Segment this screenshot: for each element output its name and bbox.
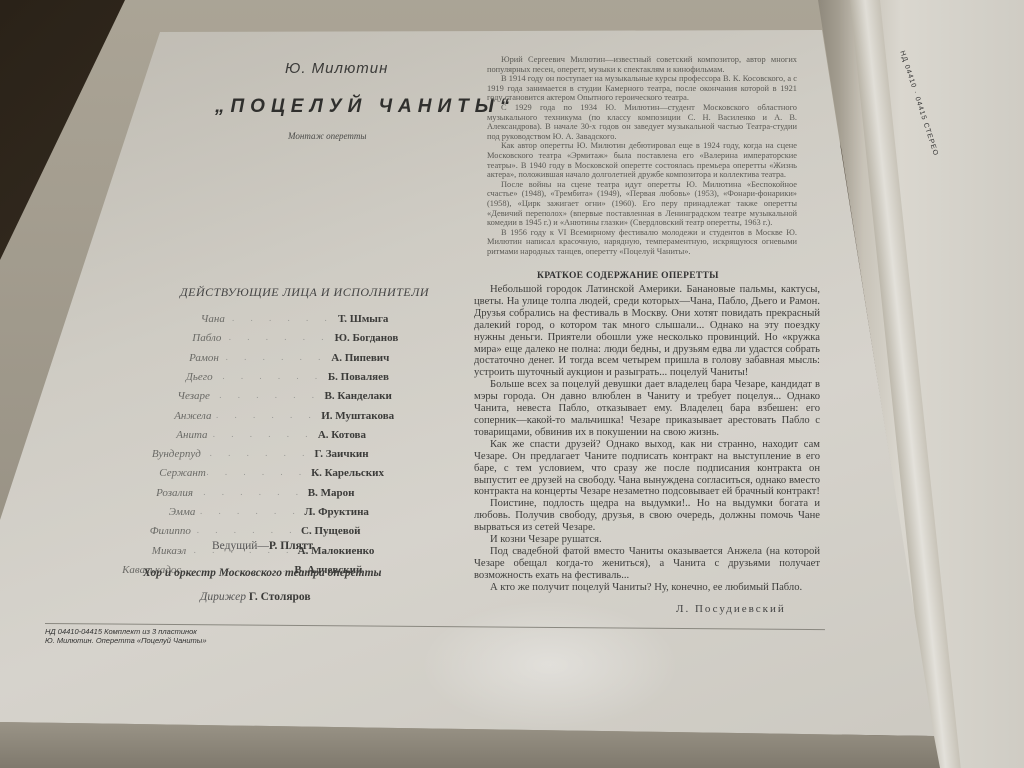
cast-row: Анжела. . . . . . . . .И. Муштакова xyxy=(0,410,1,426)
cast-row: Чезаре. . . . . . . . .В. Канделаки xyxy=(0,390,1,406)
cast-performer: В. Канделаки xyxy=(325,390,392,402)
cast-row: Филиппо. . . . . . . . .С. Пущевой xyxy=(0,525,1,541)
cast-row: Рамон. . . . . . . . .А. Пипевич xyxy=(0,352,1,368)
paragraph: Юрий Сергеевич Милютин—известный советск… xyxy=(487,55,797,74)
cast-row: Микаэл. . . . . . . . .А. Малокиенко xyxy=(0,545,1,561)
cast-performer: Б. Поваляев xyxy=(328,371,389,383)
catalog-line-1: НД 04410-04415 Комплект из 3 пластинок xyxy=(45,627,207,636)
cast-role: Розалия xyxy=(156,487,193,499)
cast-performer: А. Пипевич xyxy=(331,352,389,364)
album-subtitle: Монтаж оперетты xyxy=(288,131,367,141)
summary-heading: КРАТКОЕ СОДЕРЖАНИЕ ОПЕРЕТТЫ xyxy=(537,271,719,281)
paragraph: После войны на сцене театра идут оперетт… xyxy=(487,180,797,228)
paragraph: Как же спасти друзей? Однако выход, как … xyxy=(474,439,820,499)
cast-row: Эмма. . . . . . . . .Л. Фруктина xyxy=(0,506,1,522)
cast-performer: Ю. Богданов xyxy=(335,332,399,344)
cast-role: Эмма xyxy=(169,506,196,518)
paragraph: Поистине, подлость щедра на выдумки!.. Н… xyxy=(474,498,820,534)
paragraph: В 1956 году к VI Всемирному фестивалю мо… xyxy=(487,228,797,257)
cast-role: Чана xyxy=(201,313,225,325)
cast-performer: Т. Шмыга xyxy=(338,313,388,325)
cast-row: Чана. . . . . . . . .Т. Шмыга xyxy=(0,313,1,329)
cast-row: Сержант. . . . . . . . .К. Карельских xyxy=(0,467,1,483)
cast-row: Вундерпуд. . . . . . . . .Г. Заичкин xyxy=(0,448,1,464)
paragraph: Под свадебной фатой вместо Чаниты оказыв… xyxy=(474,546,820,582)
paragraph: Небольшой городок Латинской Америки. Бан… xyxy=(474,284,820,379)
cast-performer: К. Карельских xyxy=(311,467,384,479)
paragraph: И козни Чезаре рушатся. xyxy=(474,534,820,546)
cast-role: Анжела xyxy=(174,410,211,422)
cast-role: Рамон xyxy=(189,352,219,364)
cast-row: Анита. . . . . . . . .А. Котова xyxy=(0,429,1,445)
cast-performer: С. Пущевой xyxy=(301,525,360,537)
cast-role: Филиппо xyxy=(150,525,191,537)
paragraph: Как автор оперетты Ю. Милютин дебютирова… xyxy=(487,141,797,179)
paragraph: А кто же получит поцелуй Чаниты? Ну, кон… xyxy=(474,582,820,594)
cast-performer: Г. Заичкин xyxy=(314,448,368,460)
cast-role: Вундерпуд xyxy=(152,448,201,460)
cast-performer: И. Муштакова xyxy=(321,410,394,422)
cast-role: Анита xyxy=(176,429,207,441)
light-glare xyxy=(420,600,680,730)
conductor-name: Г. Столяров xyxy=(249,591,311,603)
cast-role: Дьего xyxy=(186,371,213,383)
presenter-name: Р. Плятт xyxy=(269,540,313,552)
conductor-label: Дирижер xyxy=(200,591,246,603)
album-title: „ПОЦЕЛУЙ ЧАНИТЫ“ xyxy=(215,96,515,118)
cast-row: Кавалькадос. . . . . . . . .В. Алчевский xyxy=(0,564,1,580)
catalog-line-2: Ю. Милютин. Оперетта «Поцелуй Чаниты» xyxy=(45,636,207,645)
cast-row: Розалия. . . . . . . . .В. Марон xyxy=(0,487,1,503)
cast-performer: В. Марон xyxy=(308,487,355,499)
cast-role: Пабло xyxy=(192,332,221,344)
cast-performer: А. Котова xyxy=(318,429,366,441)
conductor-credit: Дирижер Г. Столяров xyxy=(200,591,311,603)
cast-role: Чезаре xyxy=(177,390,210,402)
catalog-info: НД 04410-04415 Комплект из 3 пластинок Ю… xyxy=(45,627,207,645)
paragraph: С 1929 года по 1934 Ю. Милютин—студент М… xyxy=(487,103,797,141)
composer-biography: Юрий Сергеевич Милютин—известный советск… xyxy=(487,55,797,256)
paragraph: Больше всех за поцелуй девушки дает влад… xyxy=(474,379,820,439)
cast-role: Сержант xyxy=(159,467,206,479)
cast-row: Дьего. . . . . . . . .Б. Поваляев xyxy=(0,371,1,387)
presenter-credit: Ведущий—Р. Плятт xyxy=(212,540,313,552)
cast-performer: Л. Фруктина xyxy=(304,506,369,518)
cast-row: Пабло. . . . . . . . .Ю. Богданов xyxy=(0,332,1,348)
chorus-credit: Хор и оркестр Московского театра оперетт… xyxy=(143,567,382,579)
plot-summary: Небольшой городок Латинской Америки. Бан… xyxy=(474,284,820,594)
composer-name: Ю. Милютин xyxy=(285,60,388,77)
summary-author: Л. Посудиевский xyxy=(676,603,786,615)
cast-role: Микаэл xyxy=(152,545,186,557)
cast-heading: ДЕЙСТВУЮЩИЕ ЛИЦА И ИСПОЛНИТЕЛИ xyxy=(180,285,429,300)
presenter-label: Ведущий— xyxy=(212,540,269,552)
paragraph: В 1914 году он поступает на музыкальные … xyxy=(487,74,797,103)
